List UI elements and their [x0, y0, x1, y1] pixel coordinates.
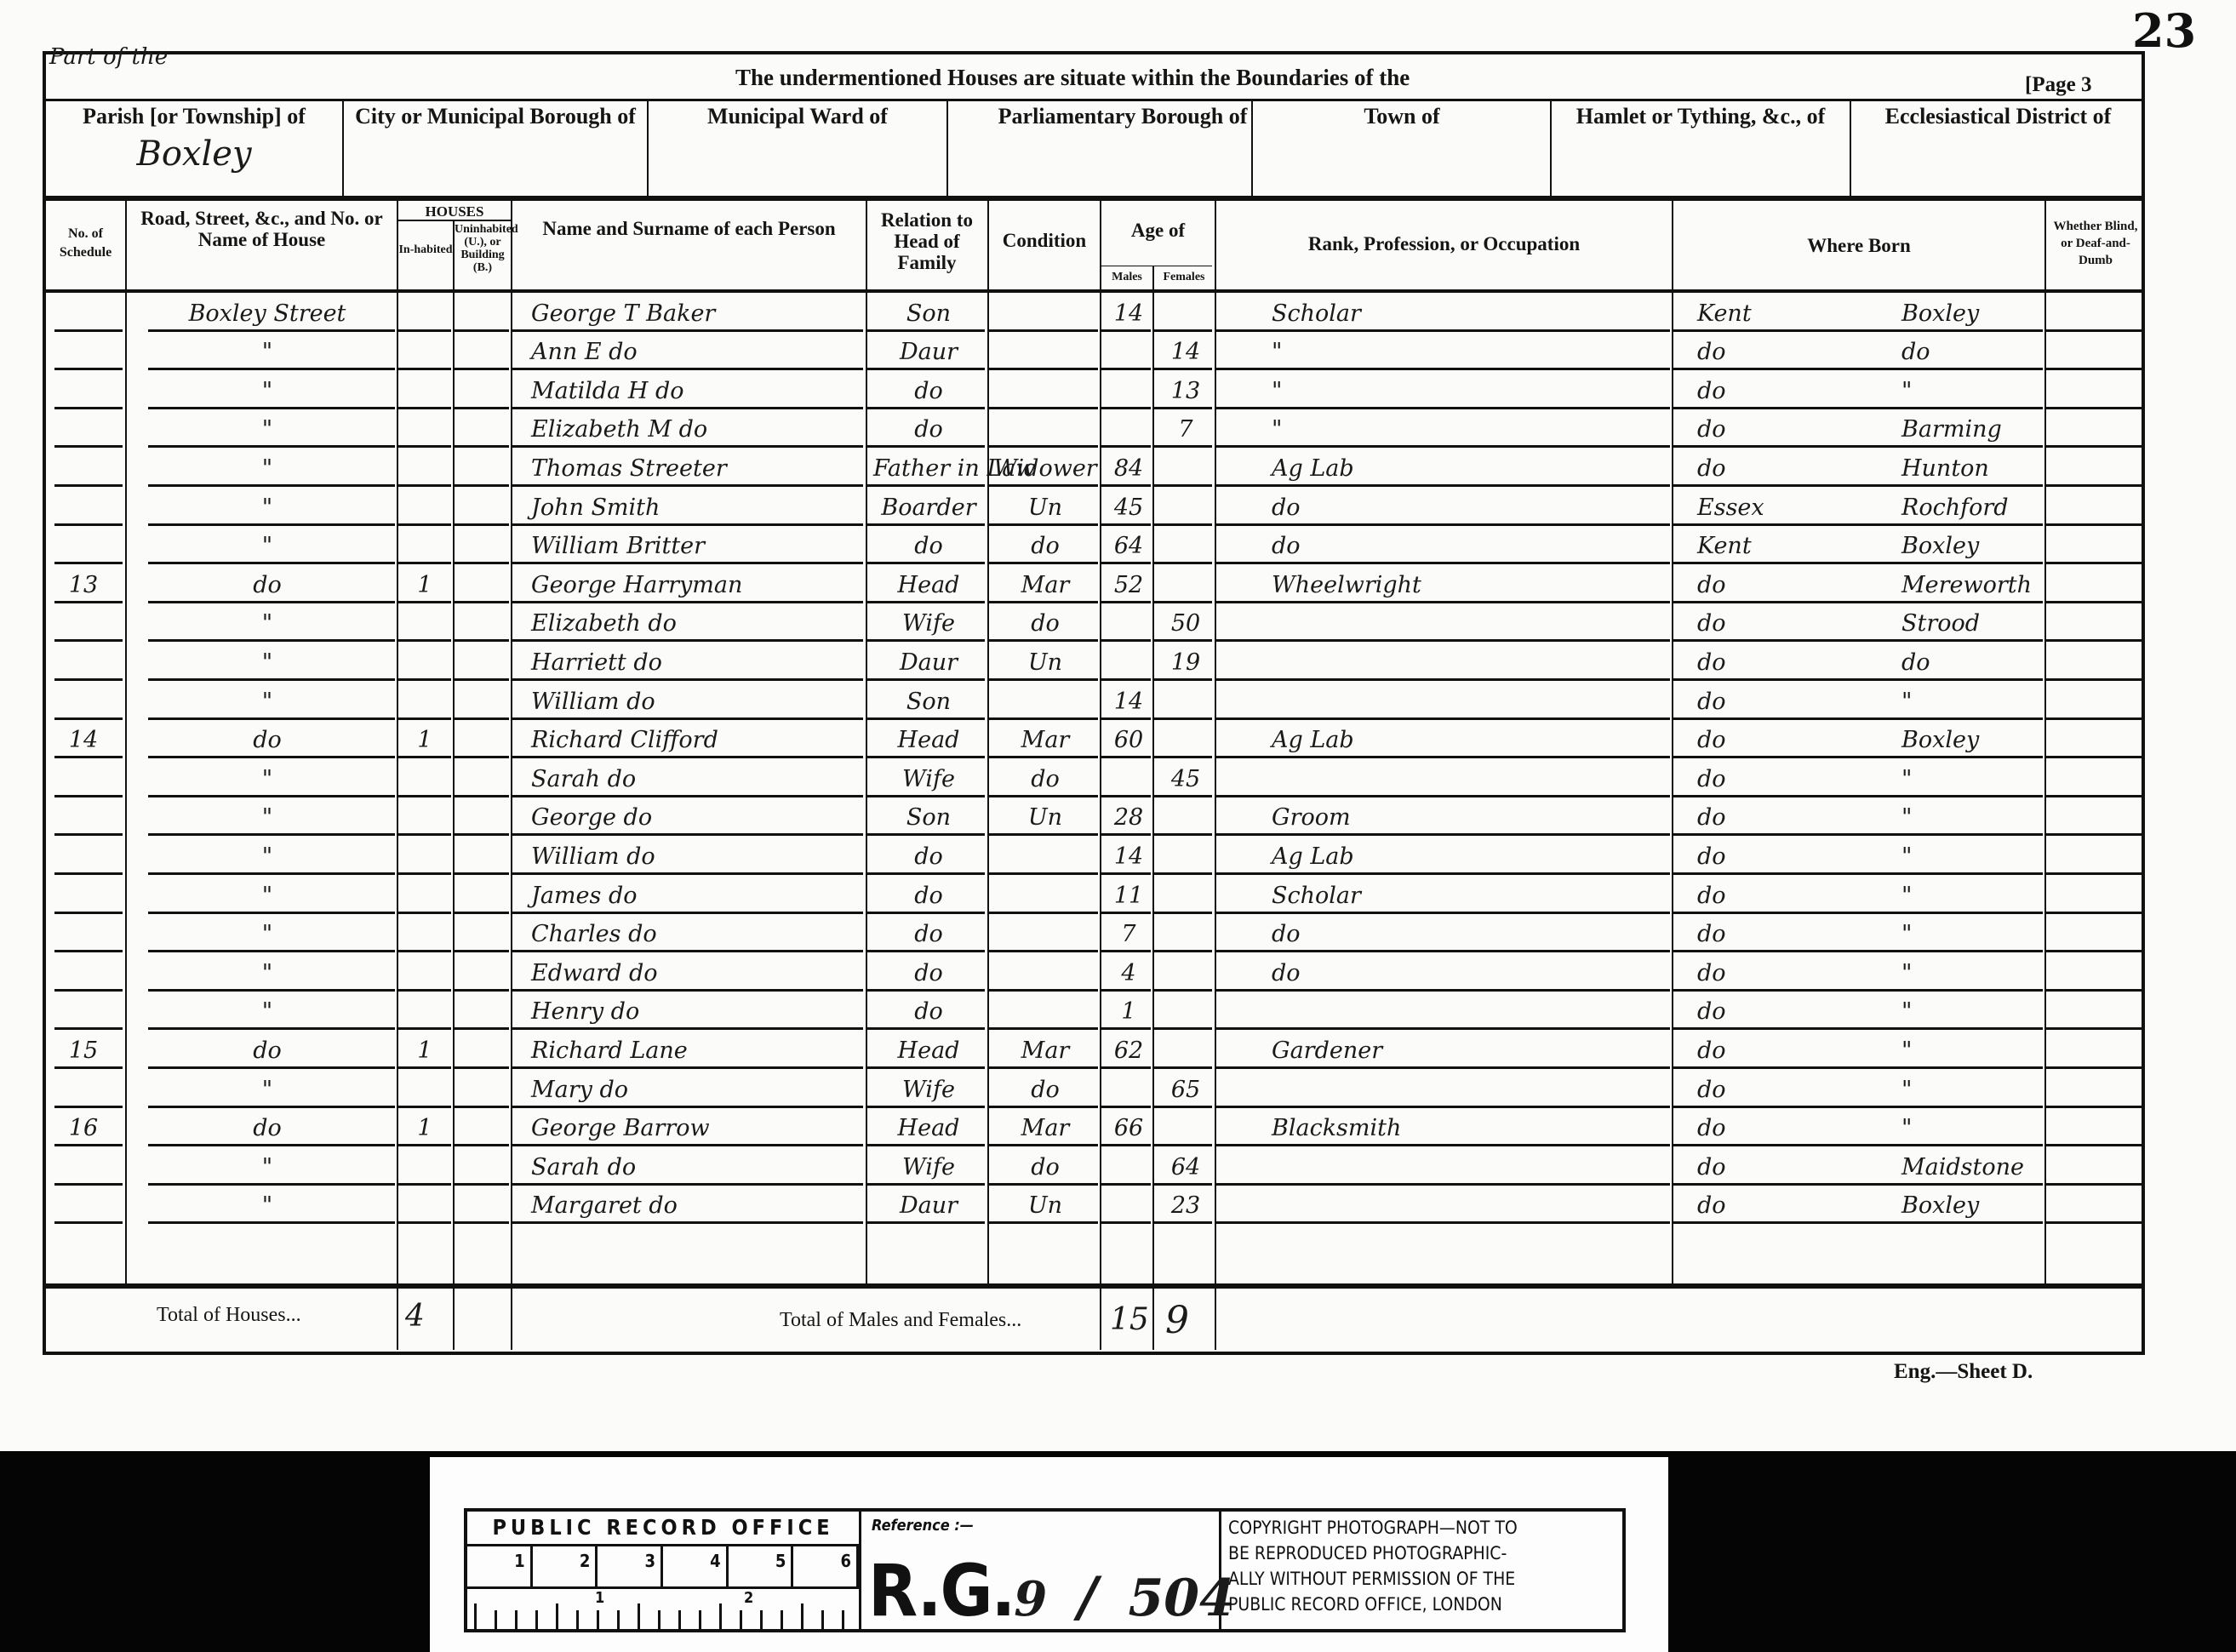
row-born-county: do	[1697, 1077, 1825, 1103]
col-name: Name and Surname of each Person	[512, 218, 866, 239]
row-born-county: do	[1697, 689, 1825, 715]
divider	[46, 99, 2142, 101]
reference-box: Reference :— R.G.9/504	[861, 1512, 1221, 1629]
row-name: George Harryman	[531, 572, 863, 598]
row-relation: do	[873, 921, 984, 947]
row-occupation: do	[1272, 960, 1646, 986]
row-rule	[2046, 1221, 2143, 1224]
row-born-place: Boxley	[1901, 1192, 2042, 1219]
row-name: George Barrow	[531, 1115, 863, 1141]
row-born-county: do	[1697, 766, 1825, 792]
row-rule	[1154, 1221, 1212, 1224]
col-uninhabited: Uninhabited (U.), or Building (B.)	[455, 223, 511, 274]
row-rule	[148, 1221, 395, 1224]
reference-series: 9	[1014, 1571, 1047, 1627]
ruler-tick	[801, 1603, 803, 1629]
row-relation: Wife	[873, 766, 984, 792]
row-rule	[455, 1221, 509, 1224]
row-male-age: 64	[1107, 533, 1151, 559]
row-born-place: "	[1901, 804, 2042, 831]
boundary-ward: Municipal Ward of	[649, 104, 946, 197]
row-female-age: 45	[1159, 766, 1212, 792]
col-inhabited: In-habited	[398, 243, 453, 256]
ruler-tick	[638, 1603, 640, 1629]
row-born-place: "	[1901, 960, 2042, 986]
row-relation: Son	[873, 300, 984, 327]
row-relation: do	[873, 843, 984, 870]
row-born-county: do	[1697, 455, 1825, 482]
row-born-place: "	[1901, 883, 2042, 909]
table-row: "Elizabeth doWifedo50doStrood	[46, 603, 2145, 643]
row-born-county: do	[1697, 921, 1825, 947]
ruler: 123456 12	[467, 1544, 861, 1629]
row-road: "	[148, 804, 386, 831]
col-road: Road, Street, &c., and No. or Name of Ho…	[127, 208, 397, 250]
row-relation: Daur	[873, 339, 984, 365]
col-condition: Condition	[989, 230, 1100, 251]
table-row: "Henry dodo1do"	[46, 992, 2145, 1031]
row-born-county: do	[1697, 1154, 1825, 1180]
row-born-county: do	[1697, 572, 1825, 598]
ruler-tick	[821, 1610, 824, 1629]
total-males: 15	[1110, 1302, 1149, 1337]
col-age: Age of	[1101, 220, 1215, 241]
row-female-age: 19	[1159, 649, 1212, 676]
row-name: Richard Lane	[531, 1038, 863, 1064]
row-road: "	[148, 960, 386, 986]
row-name: Sarah do	[531, 1154, 863, 1180]
row-female-age: 13	[1159, 378, 1212, 404]
boundary-city: City or Municipal Borough of	[344, 104, 647, 197]
row-born-place: Mereworth	[1901, 572, 2042, 598]
ruler-mark: 3	[598, 1544, 663, 1586]
page-label: [Page 3	[2025, 73, 2091, 97]
row-female-age: 65	[1159, 1077, 1212, 1103]
row-born-county: Essex	[1697, 494, 1825, 521]
row-born-county: do	[1697, 1115, 1825, 1141]
row-name: Sarah do	[531, 766, 863, 792]
row-condition: do	[992, 533, 1098, 559]
copyright-line: BE REPRODUCED PHOTOGRAPHIC-	[1228, 1541, 1616, 1566]
ruler-mark: 6	[793, 1544, 859, 1586]
row-male-age: 11	[1107, 883, 1151, 909]
row-occupation: Blacksmith	[1272, 1115, 1646, 1141]
row-road: "	[148, 998, 386, 1025]
row-condition: Un	[992, 649, 1098, 676]
row-road: "	[148, 1154, 386, 1180]
row-male-age: 7	[1107, 921, 1151, 947]
ruler-mark: 2	[533, 1544, 598, 1586]
ruler-tick	[740, 1610, 742, 1629]
row-name: Charles do	[531, 921, 863, 947]
row-inhabited: 1	[403, 572, 446, 598]
row-condition: Mar	[992, 1115, 1098, 1141]
boundary-ecclesiastical: Ecclesiastical District of	[1851, 104, 2145, 197]
row-schedule: 16	[49, 1115, 117, 1141]
row-name: Elizabeth M do	[531, 416, 863, 443]
row-condition: Un	[992, 1192, 1098, 1219]
row-road: "	[148, 378, 386, 404]
row-name: George T Baker	[531, 300, 863, 327]
office-name: PUBLIC RECORD OFFICE	[467, 1512, 861, 1546]
row-born-place: "	[1901, 1038, 2042, 1064]
row-born-place: Boxley	[1901, 300, 2042, 327]
row-born-county: do	[1697, 339, 1825, 365]
row-occupation: do	[1272, 494, 1646, 521]
row-born-county: do	[1697, 998, 1825, 1025]
table-row: "William dodo14Ag Labdo"	[46, 836, 2145, 875]
row-schedule: 13	[49, 572, 117, 598]
col-where-born: Where Born	[1673, 235, 2044, 256]
row-condition: do	[992, 610, 1098, 637]
archive-label-box: PUBLIC RECORD OFFICE 123456 12 Reference…	[464, 1508, 1626, 1632]
row-condition: Mar	[992, 1038, 1098, 1064]
ruler-tick	[842, 1610, 844, 1629]
table-row: "Ann E doDaur14"dodo	[46, 332, 2145, 371]
row-born-place: Strood	[1901, 610, 2042, 637]
boundary-parliamentary: Parliamentary Borough of	[948, 104, 1297, 197]
row-road: "	[148, 1192, 386, 1219]
row-occupation: Gardener	[1272, 1038, 1646, 1064]
ruler-tick	[515, 1610, 518, 1629]
row-rule	[989, 1221, 1098, 1224]
row-road: "	[148, 533, 386, 559]
row-relation: Head	[873, 1115, 984, 1141]
row-relation: Son	[873, 689, 984, 715]
row-female-age: 7	[1159, 416, 1212, 443]
row-born-place: "	[1901, 1115, 2042, 1141]
form-title: The undermentioned Houses are situate wi…	[735, 65, 1410, 91]
row-relation: Head	[873, 727, 984, 753]
row-name: John Smith	[531, 494, 863, 521]
row-rule	[867, 1221, 985, 1224]
table-row: 14do1Richard CliffordHeadMar60Ag LabdoBo…	[46, 720, 2145, 759]
row-female-age: 50	[1159, 610, 1212, 637]
row-road: "	[148, 843, 386, 870]
table-row: "William doSon14do"	[46, 681, 2145, 720]
row-rule	[1216, 1221, 1670, 1224]
row-male-age: 1	[1107, 998, 1151, 1025]
sheet-label: Eng.—Sheet D.	[1894, 1360, 2033, 1384]
total-females: 9	[1165, 1299, 1189, 1342]
ruler-mark: 5	[729, 1544, 794, 1586]
row-relation: do	[873, 416, 984, 443]
ruler-mark: 1	[467, 1544, 533, 1586]
reference-separator: /	[1078, 1565, 1097, 1629]
row-relation: do	[873, 883, 984, 909]
row-condition: do	[992, 1154, 1098, 1180]
row-rule	[54, 1221, 123, 1224]
ruler-tick	[576, 1610, 579, 1629]
row-male-age: 14	[1107, 689, 1151, 715]
row-born-place: "	[1901, 843, 2042, 870]
row-relation: Boarder	[873, 494, 984, 521]
ruler-tick	[474, 1603, 477, 1629]
row-road: "	[148, 766, 386, 792]
table-row: "George doSonUn28Groomdo"	[46, 797, 2145, 837]
row-road: do	[148, 572, 386, 598]
table-row: 16do1George BarrowHeadMar66Blacksmithdo"	[46, 1108, 2145, 1147]
row-road: "	[148, 416, 386, 443]
row-born-county: do	[1697, 960, 1825, 986]
row-born-county: do	[1697, 843, 1825, 870]
row-inhabited: 1	[403, 1115, 446, 1141]
row-relation: Wife	[873, 610, 984, 637]
row-name: Matilda H do	[531, 378, 863, 404]
table-row: "Sarah doWifedo64doMaidstone	[46, 1146, 2145, 1186]
row-relation: Daur	[873, 1192, 984, 1219]
col-blind: Whether Blind, or Deaf-and-Dumb	[2046, 218, 2145, 269]
row-born-place: Barming	[1901, 416, 2042, 443]
row-condition: do	[992, 766, 1098, 792]
row-occupation: Groom	[1272, 804, 1646, 831]
ruler-mark: 1	[595, 1589, 604, 1607]
row-occupation: do	[1272, 533, 1646, 559]
col-males: Males	[1101, 271, 1152, 283]
row-born-county: do	[1697, 610, 1825, 637]
row-born-county: do	[1697, 416, 1825, 443]
row-name: Thomas Streeter	[531, 455, 863, 482]
row-occupation: Ag Lab	[1272, 727, 1646, 753]
row-relation: Daur	[873, 649, 984, 676]
row-road: "	[148, 610, 386, 637]
reference-label: Reference :—	[872, 1517, 974, 1535]
ruler-tick	[617, 1610, 620, 1629]
divider	[1101, 266, 1212, 266]
col-houses: HOUSES	[398, 201, 511, 221]
ruler-tick	[678, 1610, 681, 1629]
table-row: 13do1George HarrymanHeadMar52Wheelwright…	[46, 564, 2145, 603]
row-rule	[512, 1221, 863, 1224]
parish-annotation: Part of the	[49, 44, 168, 70]
household-rows: Boxley StreetGeorge T BakerSon14ScholarK…	[46, 293, 2145, 1263]
copyright-line: ALLY WITHOUT PERMISSION OF THE	[1228, 1566, 1616, 1592]
row-road: "	[148, 455, 386, 482]
row-born-place: "	[1901, 1077, 2042, 1103]
row-born-place: Boxley	[1901, 727, 2042, 753]
boundary-value: Boxley	[46, 141, 342, 167]
row-name: Ann E do	[531, 339, 863, 365]
ruler-tick	[495, 1610, 497, 1629]
row-road: do	[148, 1115, 386, 1141]
row-male-age: 14	[1107, 843, 1151, 870]
ruler-mark: 2	[744, 1589, 753, 1607]
ruler-mark: 4	[663, 1544, 729, 1586]
row-occupation: Ag Lab	[1272, 843, 1646, 870]
row-born-county: do	[1697, 727, 1825, 753]
row-condition: Mar	[992, 727, 1098, 753]
row-male-age: 62	[1107, 1038, 1151, 1064]
row-female-age: 14	[1159, 339, 1212, 365]
table-row: "John SmithBoarderUn45doEssexRochford	[46, 487, 2145, 526]
row-male-age: 84	[1107, 455, 1151, 482]
row-relation: Son	[873, 804, 984, 831]
table-row: "Harriett doDaurUn19dodo	[46, 642, 2145, 681]
row-male-age: 60	[1107, 727, 1151, 753]
row-name: Margaret do	[531, 1192, 863, 1219]
row-name: Elizabeth do	[531, 610, 863, 637]
ruler-tick	[699, 1610, 701, 1629]
row-relation: Wife	[873, 1154, 984, 1180]
row-name: William Britter	[531, 533, 863, 559]
row-name: William do	[531, 843, 863, 870]
ruler-tick	[597, 1610, 599, 1629]
row-road: "	[148, 494, 386, 521]
row-born-place: Maidstone	[1901, 1154, 2042, 1180]
row-born-place: Boxley	[1901, 533, 2042, 559]
col-occupation: Rank, Profession, or Occupation	[1216, 233, 1672, 254]
col-schedule: No. of Schedule	[46, 225, 125, 262]
row-born-county: Kent	[1697, 533, 1825, 559]
row-occupation: Scholar	[1272, 300, 1646, 327]
row-occupation: "	[1272, 378, 1646, 404]
row-born-county: do	[1697, 883, 1825, 909]
total-houses-label: Total of Houses...	[157, 1304, 301, 1327]
row-relation: Father in Law	[873, 455, 984, 482]
row-road: "	[148, 1077, 386, 1103]
row-name: George do	[531, 804, 863, 831]
row-name: James do	[531, 883, 863, 909]
row-occupation: Ag Lab	[1272, 455, 1646, 482]
row-male-age: 45	[1107, 494, 1151, 521]
row-male-age: 66	[1107, 1115, 1151, 1141]
row-relation: Wife	[873, 1077, 984, 1103]
row-name: Harriett do	[531, 649, 863, 676]
ruler-tick	[760, 1610, 763, 1629]
archive-label: PUBLIC RECORD OFFICE 123456 12 Reference…	[430, 1457, 1668, 1652]
row-born-county: do	[1697, 804, 1825, 831]
boundary-town: Town of	[1253, 104, 1551, 197]
reference-prefix: R.G.	[868, 1549, 1014, 1632]
row-occupation: "	[1272, 339, 1646, 365]
boundary-label: Parish [or Township] of	[46, 104, 342, 129]
row-schedule: 14	[49, 727, 117, 753]
ruler-tick	[719, 1603, 722, 1629]
row-relation: do	[873, 533, 984, 559]
table-row: "Charles dodo7dodo"	[46, 914, 2145, 953]
reference-number: R.G.9/504	[868, 1549, 1235, 1632]
row-male-age: 52	[1107, 572, 1151, 598]
table-row: "James dodo11Scholardo"	[46, 875, 2145, 914]
table-row: Boxley StreetGeorge T BakerSon14ScholarK…	[46, 293, 2145, 332]
boundary-hamlet: Hamlet or Tything, &c., of	[1552, 104, 1850, 197]
copyright-line: COPYRIGHT PHOTOGRAPH—NOT TO	[1228, 1515, 1616, 1541]
row-name: Mary do	[531, 1077, 863, 1103]
total-persons-label: Total of Males and Females...	[780, 1309, 1021, 1332]
row-road: "	[148, 921, 386, 947]
row-male-age: 14	[1107, 300, 1151, 327]
row-condition: Un	[992, 804, 1098, 831]
row-name: Henry do	[531, 998, 863, 1025]
row-female-age: 23	[1159, 1192, 1212, 1219]
table-row: "Margaret doDaurUn23doBoxley	[46, 1186, 2145, 1225]
folio-number: 23	[2132, 3, 2196, 58]
ruler-tick	[535, 1610, 538, 1629]
row-female-age: 64	[1159, 1154, 1212, 1180]
row-condition: Un	[992, 494, 1098, 521]
row-relation: do	[873, 378, 984, 404]
total-houses-value: 4	[405, 1299, 425, 1334]
row-rule	[398, 1221, 451, 1224]
row-road: "	[148, 689, 386, 715]
reference-piece: 504	[1129, 1569, 1235, 1628]
table-row: "Matilda H dodo13"do"	[46, 370, 2145, 409]
row-condition: Mar	[992, 572, 1098, 598]
row-born-place: do	[1901, 649, 2042, 676]
row-occupation: Scholar	[1272, 883, 1646, 909]
row-schedule: 15	[49, 1038, 117, 1064]
row-relation: do	[873, 960, 984, 986]
row-born-place: Rochford	[1901, 494, 2042, 521]
row-born-county: do	[1697, 649, 1825, 676]
row-road: "	[148, 883, 386, 909]
row-road: do	[148, 1038, 386, 1064]
row-born-place: "	[1901, 921, 2042, 947]
row-road: "	[148, 339, 386, 365]
row-inhabited: 1	[403, 727, 446, 753]
table-row: 15do1Richard LaneHeadMar62Gardenerdo"	[46, 1030, 2145, 1069]
census-form: Part of the The undermentioned Houses ar…	[43, 51, 2145, 1355]
row-male-age: 28	[1107, 804, 1151, 831]
row-name: Edward do	[531, 960, 863, 986]
copyright-notice: COPYRIGHT PHOTOGRAPH—NOT TO BE REPRODUCE…	[1221, 1512, 1622, 1629]
row-occupation: "	[1272, 416, 1646, 443]
row-rule	[1101, 1221, 1151, 1224]
row-born-county: do	[1697, 378, 1825, 404]
row-road: "	[148, 649, 386, 676]
col-females: Females	[1154, 271, 1214, 283]
table-row: "Mary doWifedo65do"	[46, 1069, 2145, 1108]
row-inhabited: 1	[403, 1038, 446, 1064]
row-road: Boxley Street	[148, 300, 386, 327]
row-born-county: Kent	[1697, 300, 1825, 327]
row-born-county: do	[1697, 1192, 1825, 1219]
copyright-line: PUBLIC RECORD OFFICE, LONDON	[1228, 1592, 1616, 1617]
table-row: "Thomas StreeterFather in LawWidower84Ag…	[46, 448, 2145, 487]
row-born-place: "	[1901, 998, 2042, 1025]
table-row: "Edward dodo4dodo"	[46, 952, 2145, 992]
row-born-place: do	[1901, 339, 2042, 365]
ruler-tick	[658, 1610, 661, 1629]
ruler-tick	[781, 1610, 783, 1629]
row-born-place: Hunton	[1901, 455, 2042, 482]
row-relation: do	[873, 998, 984, 1025]
row-condition: do	[992, 1077, 1098, 1103]
boundary-parish: Parish [or Township] of Boxley	[46, 104, 342, 197]
row-name: William do	[531, 689, 863, 715]
col-relation: Relation to Head of Family	[867, 209, 986, 273]
row-born-place: "	[1901, 378, 2042, 404]
row-name: Richard Clifford	[531, 727, 863, 753]
row-rule	[1673, 1221, 2043, 1224]
row-relation: Head	[873, 572, 984, 598]
row-occupation: do	[1272, 921, 1646, 947]
row-road: do	[148, 727, 386, 753]
row-relation: Head	[873, 1038, 984, 1064]
ruler-tick	[556, 1603, 558, 1629]
row-born-place: "	[1901, 766, 2042, 792]
row-condition: Widower	[992, 455, 1098, 482]
row-male-age: 4	[1107, 960, 1151, 986]
divider	[46, 1283, 2142, 1289]
row-born-county: do	[1697, 1038, 1825, 1064]
table-row: "Elizabeth M dodo7"doBarming	[46, 409, 2145, 449]
table-row: "Sarah doWifedo45do"	[46, 758, 2145, 797]
row-occupation: Wheelwright	[1272, 572, 1646, 598]
divider	[46, 196, 2142, 201]
row-born-place: "	[1901, 689, 2042, 715]
table-row: "William Britterdodo64doKentBoxley	[46, 526, 2145, 565]
